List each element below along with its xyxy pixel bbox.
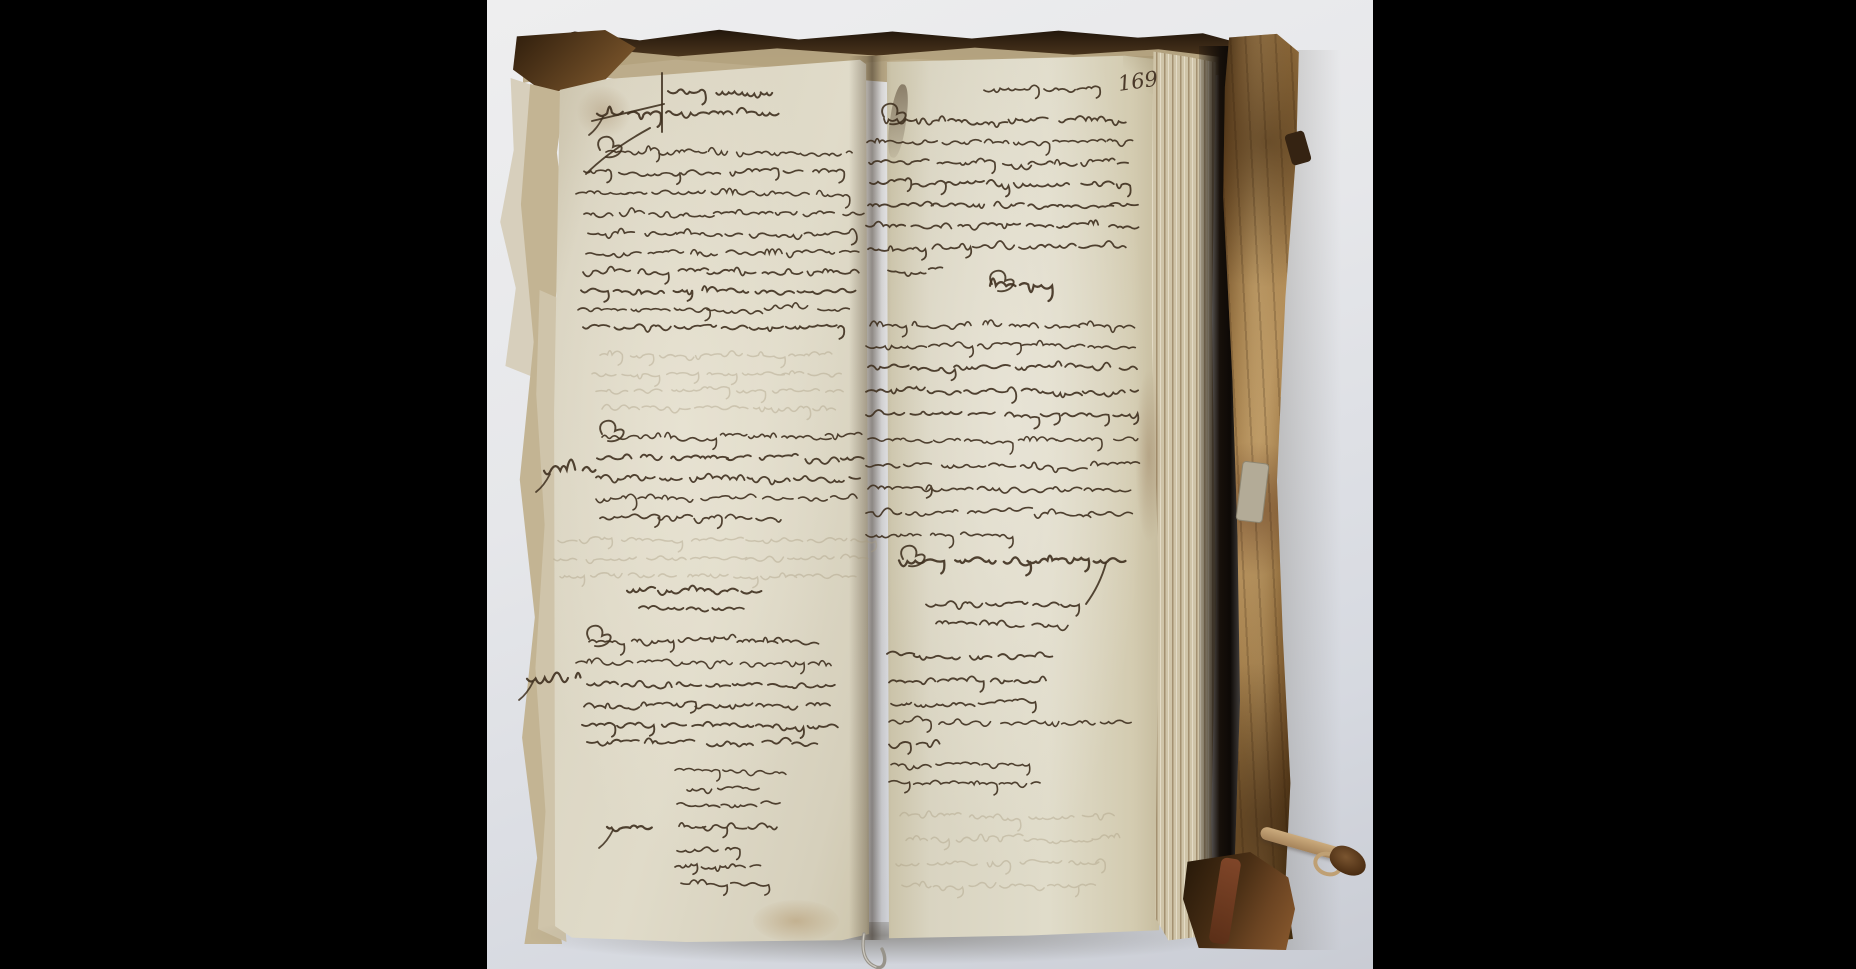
left-page — [547, 58, 871, 942]
right-page — [885, 54, 1167, 940]
crease-stain-right-page — [1135, 368, 1163, 544]
gutter-shadow — [849, 56, 891, 940]
manuscript-photo — [487, 0, 1373, 969]
page-stain-top-left — [577, 86, 631, 138]
page-stain-bottom-left — [753, 900, 839, 942]
right-letterbox-bar — [1373, 0, 1856, 969]
left-letterbox-bar — [0, 0, 487, 969]
